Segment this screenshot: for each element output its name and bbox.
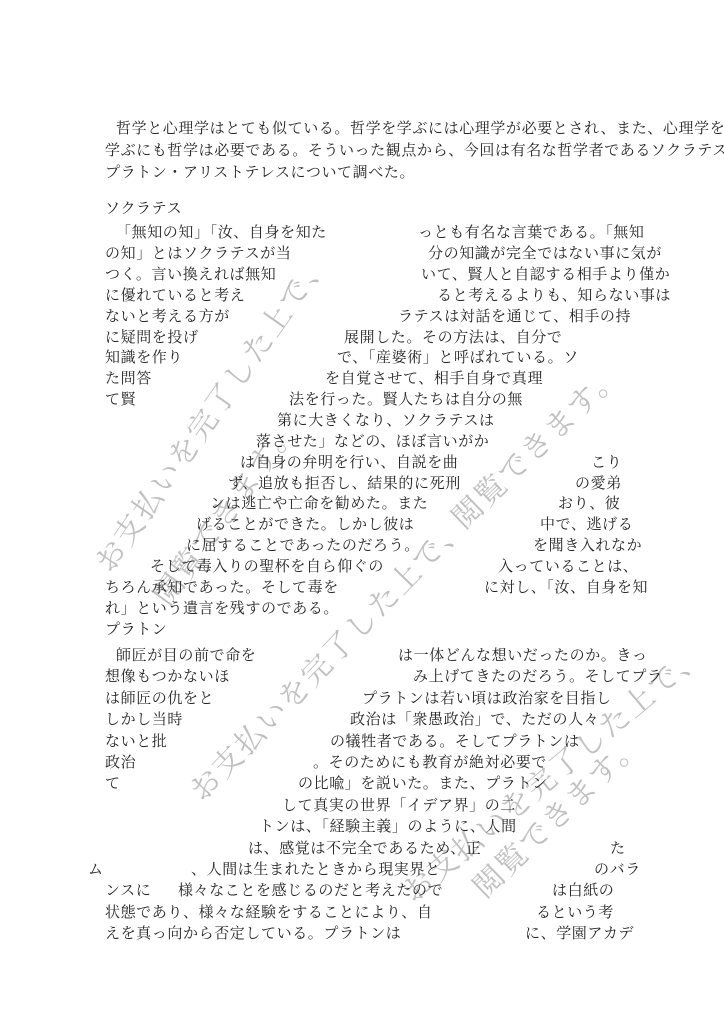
text-fragment: 哲学と心理学はとても似ている。哲学を学ぶには心理学が必要とされ、また、心理学を	[116, 120, 724, 139]
text-fragment: み上げてきたのだろう。そしてプラ	[413, 668, 663, 687]
text-fragment: に屈することであったのだろう。	[186, 537, 420, 556]
text-fragment: 知識を作り	[105, 349, 183, 368]
text-line: 学ぶにも哲学は必要である。そういった観点から、今回は有名な哲学者であるソクラテス…	[0, 142, 724, 163]
text-fragment: を聞き入れなか	[533, 537, 642, 556]
text-fragment: ると考えるよりも、知らない事は	[437, 287, 671, 306]
text-line: の知」とはソクラテスが当分の知識が完全ではない事に気が	[0, 245, 724, 266]
document-page: お支払いを完了した上で、閲覧できます。お支払いを完了した上で、閲覧できます。お支…	[0, 0, 724, 1024]
text-fragment: に疑問を投げ	[105, 329, 199, 348]
text-line: 第に大きくなり、ソクラテスは	[0, 412, 724, 433]
text-fragment: 落させた」などの、ほぼ言いがか	[256, 433, 489, 452]
text-fragment: 、人間は生まれたときから現実界と	[191, 861, 441, 880]
text-line: ンは逃亡や亡命を勧めた。またおり、彼	[0, 495, 724, 516]
text-line: トンは、「経験主義」のように、人間	[0, 818, 724, 839]
text-fragment: 中で、逃げる	[540, 516, 633, 535]
text-line: して真実の世界「イデア界」の二	[0, 797, 724, 818]
text-line: そして毒入りの聖杯を自ら仰ぐの入っていることは、	[0, 558, 724, 579]
text-fragment: は、感覚は不完全であるため、正	[248, 840, 481, 859]
text-line: ず、追放も拒否し、結果的に死刑の愛弟	[0, 475, 724, 496]
text-fragment: えを真っ向から否定している。プラトンは	[105, 925, 401, 944]
plato-heading: プラトン	[105, 621, 167, 640]
text-fragment: 分の知識が完全ではない事に気が	[428, 245, 662, 264]
text-fragment: おり、彼	[558, 495, 620, 514]
text-line: ないと考える方がラテスは対話を通じて、相手の持	[0, 308, 724, 329]
text-fragment: 師匠が目の前で命を	[116, 647, 256, 666]
text-fragment: 様々なことを感じるのだと考えたので	[178, 882, 443, 901]
text-line: 政治。そのためにも教育が絶対必要で	[0, 754, 724, 775]
text-line: は、感覚は不完全であるため、正た	[0, 840, 724, 861]
text-line: 知識を作りで、「産婆術」と呼ばれている。ソ	[0, 349, 724, 370]
text-fragment: 政治は「衆愚政治」で、ただの人々	[350, 711, 599, 730]
text-fragment: を自覚させて、相手自身で真理	[325, 370, 543, 389]
text-line: 想像もつかないほみ上げてきたのだろう。そしてプラ	[0, 668, 724, 689]
text-line: に屈することであったのだろう。を聞き入れなか	[0, 537, 724, 558]
text-fragment: こり	[591, 454, 622, 473]
text-fragment: た	[610, 840, 626, 859]
text-fragment: に、学園アカデ	[525, 925, 634, 944]
text-fragment: つく。言い換えれば無知	[105, 266, 276, 285]
text-fragment: は師匠の仇をと	[105, 690, 214, 709]
text-fragment: 法を行った。賢人たちは自分の無	[289, 391, 523, 410]
text-fragment: して真実の世界「イデア界」の二	[282, 797, 516, 816]
text-fragment: そして毒入りの聖杯を自ら仰ぐの	[150, 558, 384, 577]
text-line: た問答を自覚させて、相手自身で真理	[0, 370, 724, 391]
text-fragment: 展開した。その方法は、自分で	[344, 329, 562, 348]
text-fragment: の知」とはソクラテスが当	[105, 245, 291, 264]
text-line: しかし当時政治は「衆愚政治」で、ただの人々	[0, 711, 724, 732]
text-fragment: っとも有名な言葉である。「無知	[418, 224, 645, 243]
text-line: 師匠が目の前で命をは一体どんな想いだったのか。きっ	[0, 647, 724, 668]
text-line: ての比喩」を説いた。また、プラトン	[0, 775, 724, 796]
text-line: ちろん承知であった。そして毒をに対し、「汝、自身を知	[0, 579, 724, 600]
text-fragment: のバラ	[594, 861, 641, 880]
text-fragment: しかし当時	[105, 711, 183, 730]
text-fragment: いて、賢人と自認する相手より僅か	[421, 266, 670, 285]
text-line: は師匠の仇をとプラトンは若い頃は政治家を目指し	[0, 690, 724, 711]
text-fragment: プラトンは若い頃は政治家を目指し	[362, 690, 612, 709]
text-line: に疑問を投げ展開した。その方法は、自分で	[0, 329, 724, 350]
text-fragment: た問答	[105, 370, 152, 389]
text-fragment: 入っていることは、	[498, 558, 638, 577]
text-fragment: ンは逃亡や亡命を勧めた。また	[210, 495, 428, 514]
text-line: えを真っ向から否定している。プラトンはに、学園アカデ	[0, 925, 724, 946]
text-fragment: の犠牲者である。そしてプラトンは	[330, 733, 580, 752]
text-line: れ」という遺言を残すのである。	[0, 600, 724, 621]
text-line: 状態であり、様々な経験をすることにより、自るという考	[0, 904, 724, 925]
text-line: 「無知の知」「汝、自身を知たっとも有名な言葉である。「無知	[0, 224, 724, 245]
text-fragment: トンは、「経験主義」のように、人間	[259, 818, 517, 837]
text-fragment: の比喩」を説いた。また、プラトン	[298, 775, 548, 794]
text-fragment: るという考	[536, 904, 614, 923]
text-fragment: プラトン・アリストテレスについて調べた。	[105, 164, 415, 183]
text-fragment: 想像もつかないほ	[105, 668, 230, 687]
text-fragment: ちろん承知であった。そして毒を	[105, 579, 339, 598]
text-fragment: 状態であり、様々な経験をすることにより、自	[105, 904, 433, 923]
text-line: げることができた。しかし彼は中で、逃げる	[0, 516, 724, 537]
text-line: ないと批の犠牲者である。そしてプラトンは	[0, 733, 724, 754]
text-fragment: に対し、「汝、自身を知	[484, 579, 648, 598]
text-line: つく。言い換えれば無知いて、賢人と自認する相手より僅か	[0, 266, 724, 287]
text-fragment: 「無知の知」「汝、自身を知た	[116, 224, 327, 243]
document-text-layer: 哲学と心理学はとても似ている。哲学を学ぶには心理学が必要とされ、また、心理学を学…	[0, 0, 724, 1024]
text-line: て賢法を行った。賢人たちは自分の無	[0, 391, 724, 412]
text-fragment: げることができた。しかし彼は	[196, 516, 414, 535]
text-fragment: ム	[88, 861, 104, 880]
text-fragment: は自身の弁明を行い、自説を曲	[240, 454, 458, 473]
text-line: に優れていると考えると考えるよりも、知らない事は	[0, 287, 724, 308]
text-fragment: 第に大きくなり、ソクラテスは	[277, 412, 495, 431]
text-fragment: 。そのためにも教育が絶対必要で	[313, 754, 547, 773]
text-line: プラトン・アリストテレスについて調べた。	[0, 164, 724, 185]
text-fragment: に優れていると考え	[105, 287, 245, 306]
text-line: 落させた」などの、ほぼ言いがか	[0, 433, 724, 454]
text-line: ム、人間は生まれたときから現実界とのバラ	[0, 861, 724, 882]
socrates-heading: ソクラテス	[105, 200, 182, 219]
text-fragment: ラテスは対話を通じて、相手の持	[398, 308, 631, 327]
text-fragment: の愛弟	[575, 475, 622, 494]
text-fragment: て	[105, 775, 121, 794]
text-fragment: ンスに	[105, 882, 151, 901]
text-fragment: れ」という遺言を残すのである。	[105, 600, 339, 619]
text-fragment: で、「産婆術」と呼ばれている。ソ	[337, 349, 579, 368]
text-line: ンスに様々なことを感じるのだと考えたのでは白紙の	[0, 882, 724, 903]
text-fragment: ないと批	[105, 733, 167, 752]
text-fragment: て賢	[105, 391, 136, 410]
text-line: 哲学と心理学はとても似ている。哲学を学ぶには心理学が必要とされ、また、心理学を	[0, 120, 724, 141]
text-fragment: ず、追放も拒否し、結果的に死刑	[228, 475, 461, 494]
text-fragment: 政治	[105, 754, 136, 773]
text-fragment: 学ぶにも哲学は必要である。そういった観点から、今回は有名な哲学者であるソクラテス…	[105, 142, 724, 161]
text-line: は自身の弁明を行い、自説を曲こり	[0, 454, 724, 475]
text-fragment: ないと考える方が	[105, 308, 230, 327]
text-fragment: は白紙の	[552, 882, 614, 901]
text-fragment: は一体どんな想いだったのか。きっ	[398, 647, 648, 666]
